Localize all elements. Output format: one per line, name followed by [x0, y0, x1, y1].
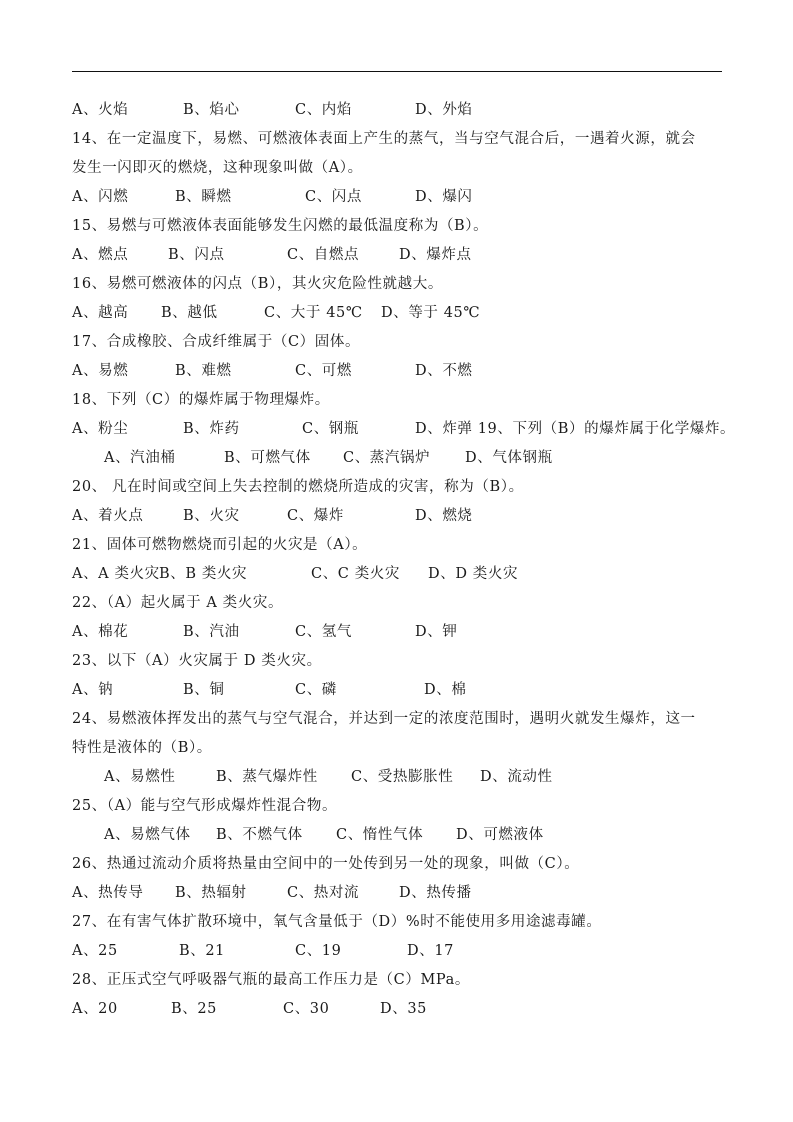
question-text: 17、合成橡胶、合成纤维属于（C）固体。	[72, 331, 360, 353]
question-line: 23、以下（A）火灾属于 D 类火灾。	[0, 650, 793, 672]
options-line: A、火焰B、焰心C、内焰D、外焰	[0, 99, 793, 121]
answer-option: D、D 类火灾	[428, 563, 518, 585]
options-line: A、汽油桶B、可燃气体C、蒸汽锅炉D、气体钢瓶	[0, 447, 793, 469]
answer-option: A、易燃气体	[104, 824, 191, 846]
answer-option: B、铜	[183, 679, 224, 701]
question-line: 27、在有害气体扩散环境中，氧气含量低于（D）%时不能使用多用途滤毒罐。	[0, 911, 793, 933]
question-text: 18、下列（C）的爆炸属于物理爆炸。	[72, 389, 330, 411]
answer-option: A、燃点	[72, 244, 128, 266]
answer-option: A、汽油桶	[104, 447, 175, 469]
answer-option: D、炸弹 19、下列（B）的爆炸属于化学爆炸。	[415, 418, 735, 440]
question-line: 14、在一定温度下，易燃、可燃液体表面上产生的蒸气，当与空气混合后，一遇着火源，…	[0, 128, 793, 150]
question-text: 28、正压式空气呼吸器气瓶的最高工作压力是（C）MPa。	[72, 969, 470, 991]
question-line: 15、易燃与可燃液体表面能够发生闪燃的最低温度称为（B）。	[0, 215, 793, 237]
options-line: A、越高B、越低C、大于 45℃D、等于 45℃	[0, 302, 793, 324]
answer-option: B、25	[171, 998, 217, 1020]
answer-option: C、蒸汽锅炉	[343, 447, 430, 469]
answer-option: B、B 类火灾	[159, 563, 247, 585]
question-line: 16、易燃可燃液体的闪点（B），其火灾危险性就越大。	[0, 273, 793, 295]
answer-option: A、20	[72, 998, 118, 1020]
answer-option: B、瞬燃	[175, 186, 232, 208]
options-line: A、钠B、铜C、磷D、棉	[0, 679, 793, 701]
question-line: 24、易燃液体挥发出的蒸气与空气混合，并达到一定的浓度范围时，遇明火就发生爆炸，…	[0, 708, 793, 730]
answer-option: D、棉	[424, 679, 466, 701]
answer-option: D、外焰	[415, 99, 473, 121]
options-line: A、热传导B、热辐射C、热对流D、热传播	[0, 882, 793, 904]
answer-option: C、30	[283, 998, 329, 1020]
answer-option: D、燃烧	[415, 505, 473, 527]
answer-option: B、火灾	[183, 505, 240, 527]
answer-option: C、热对流	[287, 882, 359, 904]
answer-option: A、着火点	[72, 505, 143, 527]
question-text: 23、以下（A）火灾属于 D 类火灾。	[72, 650, 322, 672]
answer-option: C、钢瓶	[302, 418, 359, 440]
options-line: A、易燃性B、蒸气爆炸性C、受热膨胀性D、流动性	[0, 766, 793, 788]
answer-option: B、难燃	[175, 360, 232, 382]
answer-option: B、越低	[161, 302, 218, 324]
document-page: A、火焰B、焰心C、内焰D、外焰14、在一定温度下，易燃、可燃液体表面上产生的蒸…	[0, 0, 793, 1122]
header-rule	[72, 71, 722, 72]
answer-option: A、A 类火灾	[72, 563, 160, 585]
answer-option: D、爆闪	[415, 186, 473, 208]
answer-option: D、可燃液体	[456, 824, 544, 846]
answer-option: A、易燃	[72, 360, 128, 382]
options-line: A、粉尘B、炸药C、钢瓶D、炸弹 19、下列（B）的爆炸属于化学爆炸。	[0, 418, 793, 440]
question-line: 22、（A）起火属于 A 类火灾。	[0, 592, 793, 614]
question-text: 24、易燃液体挥发出的蒸气与空气混合，并达到一定的浓度范围时，遇明火就发生爆炸，…	[72, 708, 696, 730]
answer-option: A、火焰	[72, 99, 128, 121]
question-text: 25、（A）能与空气形成爆炸性混合物。	[72, 795, 337, 817]
options-line: A、燃点B、闪点C、自燃点D、爆炸点	[0, 244, 793, 266]
options-line: A、易燃B、难燃C、可燃D、不燃	[0, 360, 793, 382]
answer-option: C、磷	[295, 679, 337, 701]
options-line: A、A 类火灾B、B 类火灾C、C 类火灾D、D 类火灾	[0, 563, 793, 585]
answer-option: C、内焰	[295, 99, 352, 121]
question-line: 26、热通过流动介质将热量由空间中的一处传到另一处的现象，叫做（C）。	[0, 853, 793, 875]
question-text: 26、热通过流动介质将热量由空间中的一处传到另一处的现象，叫做（C）。	[72, 853, 579, 875]
answer-option: D、不燃	[415, 360, 473, 382]
question-line: 20、 凡在时间或空间上失去控制的燃烧所造成的灾害，称为（B）。	[0, 476, 793, 498]
options-line: A、闪燃B、瞬燃C、闪点D、爆闪	[0, 186, 793, 208]
question-text: 21、固体可燃物燃烧而引起的火灾是（A）。	[72, 534, 367, 556]
options-line: A、25B、21C、19D、17	[0, 940, 793, 962]
question-line: 18、下列（C）的爆炸属于物理爆炸。	[0, 389, 793, 411]
answer-option: D、17	[407, 940, 454, 962]
options-line: A、着火点B、火灾C、爆炸D、燃烧	[0, 505, 793, 527]
answer-option: C、自燃点	[287, 244, 359, 266]
options-line: A、20B、25C、30D、35	[0, 998, 793, 1020]
answer-option: A、粉尘	[72, 418, 128, 440]
answer-option: B、不燃气体	[216, 824, 303, 846]
options-line: A、棉花B、汽油C、氢气D、钾	[0, 621, 793, 643]
question-line: 发生一闪即灭的燃烧，这种现象叫做（A）。	[0, 157, 793, 179]
answer-option: C、大于 45℃	[264, 302, 363, 324]
answer-option: D、流动性	[480, 766, 553, 788]
question-line: 特性是液体的（B）。	[0, 737, 793, 759]
question-line: 21、固体可燃物燃烧而引起的火灾是（A）。	[0, 534, 793, 556]
answer-option: B、炸药	[183, 418, 240, 440]
answer-option: C、惰性气体	[336, 824, 423, 846]
answer-option: A、棉花	[72, 621, 128, 643]
answer-option: C、受热膨胀性	[351, 766, 453, 788]
answer-option: D、35	[380, 998, 427, 1020]
question-text: 发生一闪即灭的燃烧，这种现象叫做（A）。	[72, 157, 363, 179]
answer-option: D、等于 45℃	[381, 302, 480, 324]
answer-option: A、热传导	[72, 882, 143, 904]
question-text: 特性是液体的（B）。	[72, 737, 212, 759]
answer-option: A、闪燃	[72, 186, 128, 208]
answer-option: D、钾	[415, 621, 457, 643]
answer-option: B、热辐射	[175, 882, 247, 904]
question-line: 28、正压式空气呼吸器气瓶的最高工作压力是（C）MPa。	[0, 969, 793, 991]
answer-option: B、可燃气体	[224, 447, 311, 469]
answer-option: B、21	[179, 940, 225, 962]
options-line: A、易燃气体B、不燃气体C、惰性气体D、可燃液体	[0, 824, 793, 846]
question-line: 17、合成橡胶、合成纤维属于（C）固体。	[0, 331, 793, 353]
question-text: 16、易燃可燃液体的闪点（B），其火灾危险性就越大。	[72, 273, 443, 295]
question-text: 22、（A）起火属于 A 类火灾。	[72, 592, 283, 614]
answer-option: A、钠	[72, 679, 113, 701]
question-text: 20、 凡在时间或空间上失去控制的燃烧所造成的灾害，称为（B）。	[72, 476, 524, 498]
question-line: 25、（A）能与空气形成爆炸性混合物。	[0, 795, 793, 817]
answer-option: B、汽油	[183, 621, 240, 643]
answer-option: B、闪点	[168, 244, 225, 266]
question-text: 15、易燃与可燃液体表面能够发生闪燃的最低温度称为（B）。	[72, 215, 488, 237]
answer-option: D、爆炸点	[399, 244, 472, 266]
answer-option: B、焰心	[183, 99, 240, 121]
question-text: 27、在有害气体扩散环境中，氧气含量低于（D）%时不能使用多用途滤毒罐。	[72, 911, 601, 933]
answer-option: C、19	[295, 940, 341, 962]
answer-option: A、25	[72, 940, 118, 962]
answer-option: C、C 类火灾	[311, 563, 400, 585]
answer-option: B、蒸气爆炸性	[216, 766, 318, 788]
question-text: 14、在一定温度下，易燃、可燃液体表面上产生的蒸气，当与空气混合后，一遇着火源，…	[72, 128, 696, 150]
answer-option: C、闪点	[305, 186, 362, 208]
answer-option: C、氢气	[295, 621, 352, 643]
answer-option: A、越高	[72, 302, 128, 324]
answer-option: A、易燃性	[104, 766, 175, 788]
answer-option: C、爆炸	[287, 505, 344, 527]
answer-option: C、可燃	[295, 360, 352, 382]
answer-option: D、气体钢瓶	[465, 447, 553, 469]
answer-option: D、热传播	[399, 882, 472, 904]
